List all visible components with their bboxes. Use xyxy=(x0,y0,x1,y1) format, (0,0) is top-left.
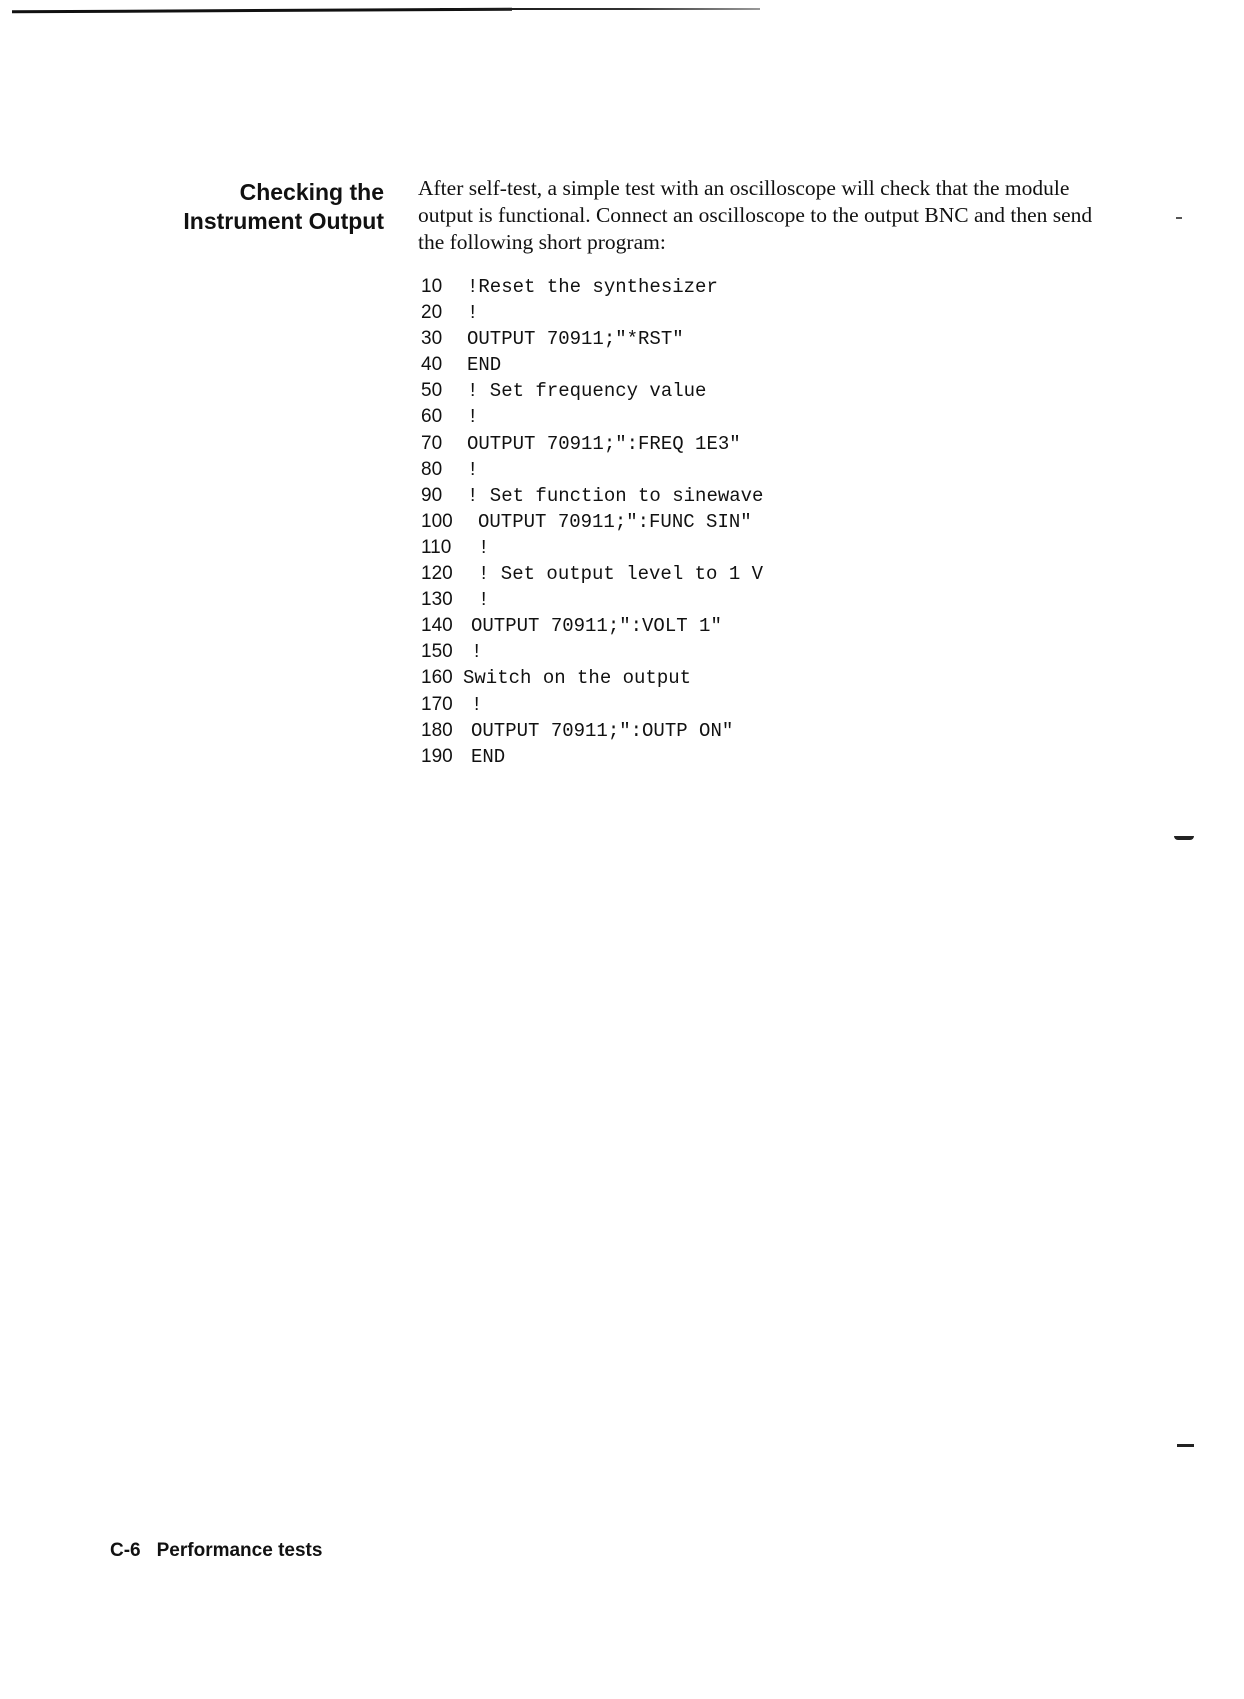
code-statement: !Reset the synthesizer xyxy=(467,274,718,300)
code-line: 110! xyxy=(421,535,763,561)
margin-mark xyxy=(1176,217,1182,219)
header-rule xyxy=(12,8,512,14)
line-number: 90 xyxy=(421,483,467,509)
code-statement: OUTPUT 70911;"*RST" xyxy=(467,326,684,352)
page-number: C-6 xyxy=(110,1540,141,1561)
margin-mark xyxy=(1177,1444,1194,1447)
code-line: 140OUTPUT 70911;":VOLT 1" xyxy=(421,613,763,639)
code-line: 120! Set output level to 1 V xyxy=(421,561,763,587)
code-line: 10!Reset the synthesizer xyxy=(421,274,763,300)
code-line: 60! xyxy=(421,404,763,430)
code-statement: ! Set function to sinewave xyxy=(467,483,763,509)
line-number: 170 xyxy=(421,692,471,718)
code-statement: ! xyxy=(467,404,478,430)
line-number: 70 xyxy=(421,431,467,457)
code-statement: OUTPUT 70911;":FREQ 1E3" xyxy=(467,431,741,457)
code-statement: ! xyxy=(467,457,478,483)
code-statement: END xyxy=(471,744,505,770)
code-statement: ! Set frequency value xyxy=(467,378,706,404)
line-number: 110 xyxy=(421,535,478,561)
line-number: 180 xyxy=(421,718,471,744)
code-line: 20! xyxy=(421,300,763,326)
line-number: 10 xyxy=(421,274,467,300)
section-heading-line-2: Instrument Output xyxy=(183,207,384,236)
code-statement: ! xyxy=(478,535,489,561)
code-line: 130! xyxy=(421,587,763,613)
code-statement: ! xyxy=(478,587,489,613)
code-statement: ! xyxy=(471,639,482,665)
code-line: 50! Set frequency value xyxy=(421,378,763,404)
code-line: 80! xyxy=(421,457,763,483)
line-number: 50 xyxy=(421,378,467,404)
program-listing: 10!Reset the synthesizer 20! 30OUTPUT 70… xyxy=(421,274,763,770)
code-line: 180OUTPUT 70911;":OUTP ON" xyxy=(421,718,763,744)
margin-mark xyxy=(1174,836,1194,840)
code-line: 160Switch on the output xyxy=(421,665,763,691)
code-statement: OUTPUT 70911;":OUTP ON" xyxy=(471,718,733,744)
line-number: 130 xyxy=(421,587,478,613)
section-heading: Checking the Instrument Output xyxy=(183,178,384,236)
code-line: 40END xyxy=(421,352,763,378)
code-statement: ! Set output level to 1 V xyxy=(478,561,763,587)
code-line: 30OUTPUT 70911;"*RST" xyxy=(421,326,763,352)
line-number: 120 xyxy=(421,561,478,587)
header-rule-tail xyxy=(440,8,760,10)
line-number: 60 xyxy=(421,404,467,430)
line-number: 140 xyxy=(421,613,471,639)
line-number: 30 xyxy=(421,326,467,352)
line-number: 80 xyxy=(421,457,467,483)
line-number: 190 xyxy=(421,744,471,770)
code-line: 90! Set function to sinewave xyxy=(421,483,763,509)
line-number: 160 xyxy=(421,665,463,691)
code-statement: Switch on the output xyxy=(463,665,691,691)
page-footer: C-6Performance tests xyxy=(110,1540,322,1562)
intro-paragraph: After self-test, a simple test with an o… xyxy=(418,175,1098,256)
section-heading-line-1: Checking the xyxy=(183,178,384,207)
code-line: 70OUTPUT 70911;":FREQ 1E3" xyxy=(421,431,763,457)
code-line: 170! xyxy=(421,692,763,718)
line-number: 20 xyxy=(421,300,467,326)
chapter-title: Performance tests xyxy=(157,1540,323,1561)
code-statement: END xyxy=(467,352,501,378)
line-number: 150 xyxy=(421,639,471,665)
code-line: 100OUTPUT 70911;":FUNC SIN" xyxy=(421,509,763,535)
code-statement: ! xyxy=(467,300,478,326)
code-line: 190END xyxy=(421,744,763,770)
code-statement: ! xyxy=(471,692,482,718)
code-statement: OUTPUT 70911;":VOLT 1" xyxy=(471,613,722,639)
line-number: 40 xyxy=(421,352,467,378)
line-number: 100 xyxy=(421,509,478,535)
code-statement: OUTPUT 70911;":FUNC SIN" xyxy=(478,509,752,535)
code-line: 150! xyxy=(421,639,763,665)
